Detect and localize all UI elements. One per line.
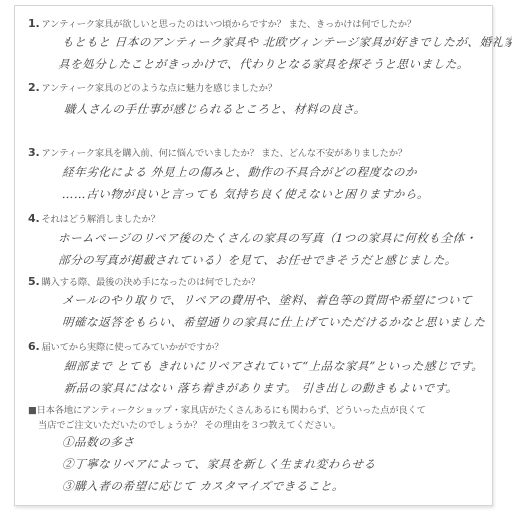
final-answer-3: ③購入者の希望に応じて カスタマイズできること。 xyxy=(61,478,344,494)
question-1: 1.アンティーク家具が欲しいと思ったのはいつ頃からですか？ また、きっかけは何で… xyxy=(28,16,416,30)
question-text: それはどう解消しましたか？ xyxy=(41,214,159,225)
question-4: 4.それはどう解消しましたか？ xyxy=(28,211,160,225)
question-number: 6. xyxy=(28,340,39,353)
answer-3-line-1: 経年劣化による 外見上の傷みと、動作の不具合がどの程度なのか xyxy=(61,164,417,180)
answer-4-line-1: ホームページのリペア後のたくさんの家具の写真（1つの家具に何枚も全体・ xyxy=(57,230,477,246)
final-question-line-1: ■日本各地にアンティークショップ・家具店がたくさんあるにも関わらず、どういった点… xyxy=(28,402,426,416)
answer-5-line-1: メールのやり取りで、リペアの費用や、塗料、着色等の質問や希望について xyxy=(61,292,472,308)
question-text: 届いてから実際に使ってみていかがですか？ xyxy=(41,342,223,353)
question-number: 1. xyxy=(28,17,39,30)
answer-3-line-2: ……古い物が良いと言っても 気持ち良く使えないと困りますから。 xyxy=(61,186,429,202)
question-text: 購入する際、最後の決め手になったのは何でしたか？ xyxy=(41,277,259,288)
final-question-line-2: 当店でご注文いただいたのでしょうか？ その理由を３つ教えてください。 xyxy=(38,417,341,431)
question-text: アンティーク家具を購入前、何に悩んでいましたか？ また、どんな不安がありましたか… xyxy=(41,148,407,159)
question-number: 5. xyxy=(28,275,39,288)
final-answer-2: ②丁寧なリペアによって、家具を新しく生まれ変わらせる xyxy=(61,456,376,472)
answer-4-line-2: 部分の写真が掲載されている）を見て、お任せできそうだと感じました。 xyxy=(57,252,457,268)
answer-1-line-1: もともと 日本のアンティーク家具や 北欧ヴィンテージ家具が好きでしたが、婚礼家 xyxy=(61,34,512,50)
answer-5-line-2: 明確な返答をもらい、希望通りの家具に仕上げていただけるかなと思いました xyxy=(61,314,486,330)
question-3: 3.アンティーク家具を購入前、何に悩んでいましたか？ また、どんな不安がありまし… xyxy=(28,145,407,159)
question-number: 3. xyxy=(28,146,39,159)
question-number: 4. xyxy=(28,212,39,225)
answer-2-line-1: 職人さんの手仕事が感じられるところと、材料の良さ。 xyxy=(63,101,366,117)
answer-6-line-1: 細部まで とても きれいにリペアされていて“上品な家具”といった感じです。 xyxy=(63,358,484,374)
question-5: 5.購入する際、最後の決め手になったのは何でしたか？ xyxy=(28,274,260,288)
question-text: アンティーク家具のどのような点に魅力を感じましたか？ xyxy=(41,83,276,94)
question-text: アンティーク家具が欲しいと思ったのはいつ頃からですか？ また、きっかけは何でした… xyxy=(41,19,416,30)
question-2: 2.アンティーク家具のどのような点に魅力を感じましたか？ xyxy=(28,80,277,94)
final-answer-1: ①品数の多さ xyxy=(61,434,135,450)
answer-6-line-2: 新品の家具にはない 落ち着きがあります。 引き出しの動きもよいです。 xyxy=(63,380,458,396)
question-number: 2. xyxy=(28,81,39,94)
answer-1-line-2: 具を処分したことがきっかけで、代わりとなる家具を探そうと思いました。 xyxy=(57,56,469,72)
question-6: 6.届いてから実際に使ってみていかがですか？ xyxy=(28,339,223,353)
